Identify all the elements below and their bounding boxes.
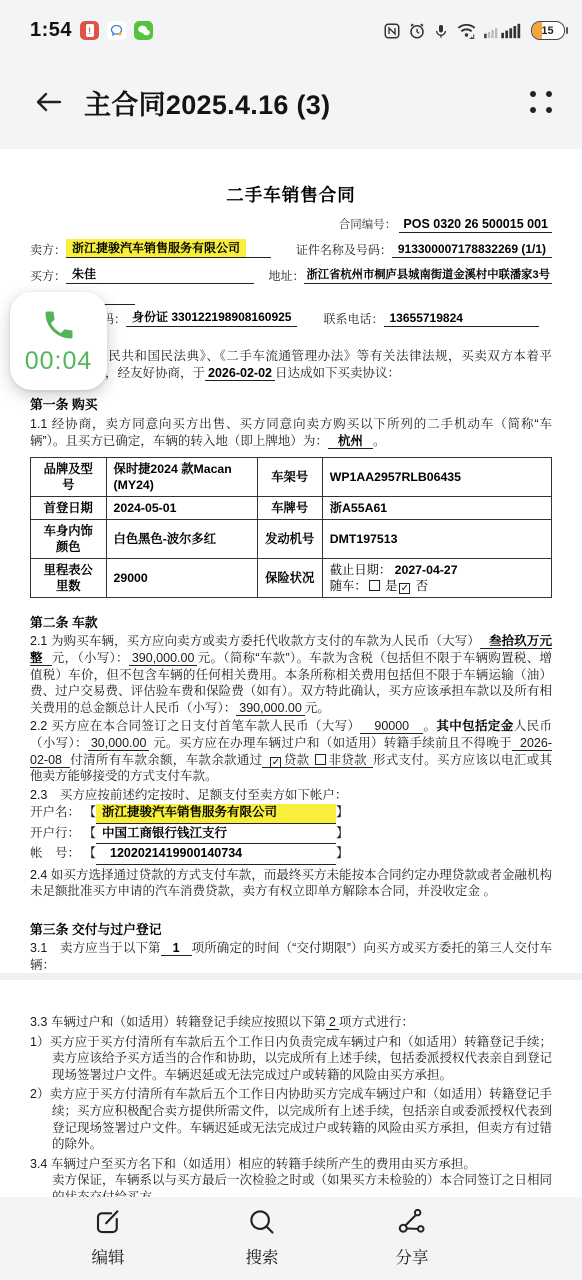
clause-3-4: 3.4 车辆过户至买方名下和（如适用）相应的转籍手续所产生的费用由买方承担。 [30, 1156, 552, 1173]
share-label: 分享 [396, 1244, 429, 1268]
clause-3-3-item2: 2）卖方应于买方付清所有车款后五个工作日内协助买方完成车辆过户和（如适用）转籍登… [30, 1086, 552, 1152]
back-arrow-icon [34, 90, 62, 114]
contract-number-value: POS 0320 26 500015 001 [399, 217, 552, 233]
phone-icon [41, 307, 77, 343]
address-label: 地址： [268, 267, 304, 284]
nfc-icon [383, 22, 401, 40]
seller-cert-value: 913300007178832269 (1/1) [392, 242, 552, 258]
battery-icon: 15 [531, 21, 569, 40]
phone-value: 13655719824 [384, 311, 469, 327]
edit-icon [93, 1207, 123, 1237]
account-number-row: 帐 号： 【1202021419900140734】 [30, 845, 552, 865]
low-battery-notification-icon: ! [80, 21, 99, 40]
ongoing-call-widget[interactable]: 00:04 [10, 292, 107, 390]
table-row: 品牌及型号 保时捷2024 款Macan (MY24) 车架号 WP1AA295… [31, 458, 552, 497]
clause-2-1: 2.1 为购买车辆，买方应向卖方或卖方委托代收款方支付的车款为人民币（大写）叁拾… [30, 633, 552, 716]
seller-cert-label: 证件名称及号码： [296, 241, 392, 258]
section3-heading: 第三条 交付与过户登记 [30, 919, 552, 938]
account-bank-row: 开户行： 【中国工商银行钱江支行】 [30, 825, 552, 845]
vehicle-table: 品牌及型号 保时捷2024 款Macan (MY24) 车架号 WP1AA295… [30, 457, 552, 598]
seller-label: 卖方： [30, 241, 66, 258]
buyer-cert-value: 身份证 330122198908160925 [126, 308, 297, 327]
contract-number-row: 合同编号： POS 0320 26 500015 001 [30, 216, 552, 232]
contract-page-1: 二手车销售合同 合同编号： POS 0320 26 500015 001 卖方：… [0, 149, 582, 973]
insurance-withcar: 随车： 是✓ 否 [330, 578, 544, 594]
contract-number-label: 合同编号： [339, 219, 397, 231]
table-row: 车身内饰颜色 白色黑色-波尔多红 发动机号 DMT197513 [31, 520, 552, 559]
buyer-row: 买方： 朱佳 地址： 浙江省杭州市桐庐县城南街道金溪村中联潘家3号 [30, 265, 552, 284]
screen: 1:54 ! 15 主合同2025.4.16 (3) [0, 0, 582, 1280]
messages-app-icon [107, 21, 126, 40]
checkbox-checked: ✓ [399, 583, 410, 594]
more-menu-button[interactable] [526, 87, 556, 117]
clause-2-4: 2.4 如买方选择通过贷款的方式支付车款，而最终买方未能按本合同约定办理贷款或者… [30, 867, 552, 900]
buyer-value: 朱佳 [66, 265, 102, 284]
seller-row: 卖方： 浙江捷骏汽车销售服务有限公司 证件名称及号码： 913300007178… [30, 239, 552, 258]
section2-heading: 第二条 车款 [30, 612, 552, 631]
wifi-icon [456, 22, 477, 39]
checkbox-unchecked [369, 580, 380, 591]
status-bar: 1:54 ! 15 [0, 0, 582, 55]
edit-label: 编辑 [92, 1244, 125, 1268]
checkbox-noloan-unchecked [315, 754, 326, 765]
clause-3-3-item1: 1）买方应于买方付清所有车款后五个工作日内负责完成车辆过户和（如适用）转籍登记手… [30, 1034, 552, 1084]
clause-2-2: 2.2 买方应在本合同签订之日支付首笔车款人民币（大写）90000。其中包括定金… [30, 718, 552, 784]
battery-percent: 15 [541, 25, 553, 37]
alarm-clock-icon [408, 22, 426, 40]
call-duration: 00:04 [25, 347, 93, 376]
clause-3-3: 3.3 车辆过户和（如适用）转籍登记手续应按照以下第2项方式进行： [30, 1014, 552, 1031]
buyer-label: 买方： [30, 267, 66, 284]
buyer-cert-row: 证件名称及号码： 身份证 330122198908160925 联系电话： 13… [30, 308, 552, 327]
share-icon [397, 1207, 427, 1237]
insurance-expiry: 截止日期： 2027-04-27 [330, 562, 544, 578]
contract-page-2: 3.3 车辆过户和（如适用）转籍登记手续应按照以下第2项方式进行： 1）买方应于… [0, 980, 582, 1197]
checkbox-loan-checked: ✓ [270, 757, 281, 768]
search-icon [247, 1207, 277, 1237]
bottom-toolbar: 编辑 搜索 分享 [0, 1197, 582, 1280]
address-value: 浙江省杭州市桐庐县城南街道金溪村中联潘家3号 [304, 266, 552, 284]
share-button[interactable]: 分享 [352, 1207, 472, 1268]
microphone-icon [433, 22, 449, 40]
account-bank-value: 中国工商银行钱江支行 [96, 825, 336, 845]
title-bar: 主合同2025.4.16 (3) [0, 55, 582, 149]
clause-3-1: 3.1 卖方应当于以下第1项所确定的时间（“交付期限”）向买方或买方委托的第三人… [30, 940, 552, 973]
clause-3-4-guarantee: 卖方保证，车辆系以与买方最后一次检验之时或（如果买方未检验的）本合同签订之日相同… [30, 1172, 552, 1197]
page-separator [0, 973, 582, 980]
clock-time: 1:54 [30, 19, 72, 42]
edit-button[interactable]: 编辑 [48, 1207, 168, 1268]
account-name-row: 开户名： 【浙江捷骏汽车销售服务有限公司】 [30, 804, 552, 824]
phone-label: 联系电话： [323, 310, 383, 327]
section1-heading: 第一条 购买 [30, 394, 552, 413]
back-button[interactable] [30, 84, 66, 120]
wechat-app-icon [134, 21, 153, 40]
document-title: 二手车销售合同 [30, 182, 552, 207]
page-title: 主合同2025.4.16 (3) [84, 83, 330, 122]
signal-bars-icon [484, 22, 524, 40]
account-name-value: 浙江捷骏汽车销售服务有限公司 [96, 804, 336, 824]
seller-value: 浙江捷骏汽车销售服务有限公司 [66, 239, 246, 258]
intro-paragraph: 根据《中华人民共和国民法典》、《二手车流通管理办法》等有关法律法规，买卖双方本着… [30, 348, 552, 381]
search-button[interactable]: 搜索 [202, 1207, 322, 1268]
table-row: 首登日期 2024-05-01 车牌号 浙A55A61 [31, 497, 552, 520]
clause-2-3: 2.3 买方应按前述约定按时、足额支付至卖方如下帐户： [30, 787, 552, 804]
section1-paragraph: 1.1 经协商，卖方同意向买方出售、买方同意向卖方购买以下所列的二手机动车（简称… [30, 416, 552, 449]
search-label: 搜索 [246, 1244, 279, 1268]
account-number-value: 1202021419900140734 [96, 845, 336, 865]
table-row: 里程表公里数 29000 保险状况 截止日期： 2027-04-27 随车： 是… [31, 559, 552, 598]
